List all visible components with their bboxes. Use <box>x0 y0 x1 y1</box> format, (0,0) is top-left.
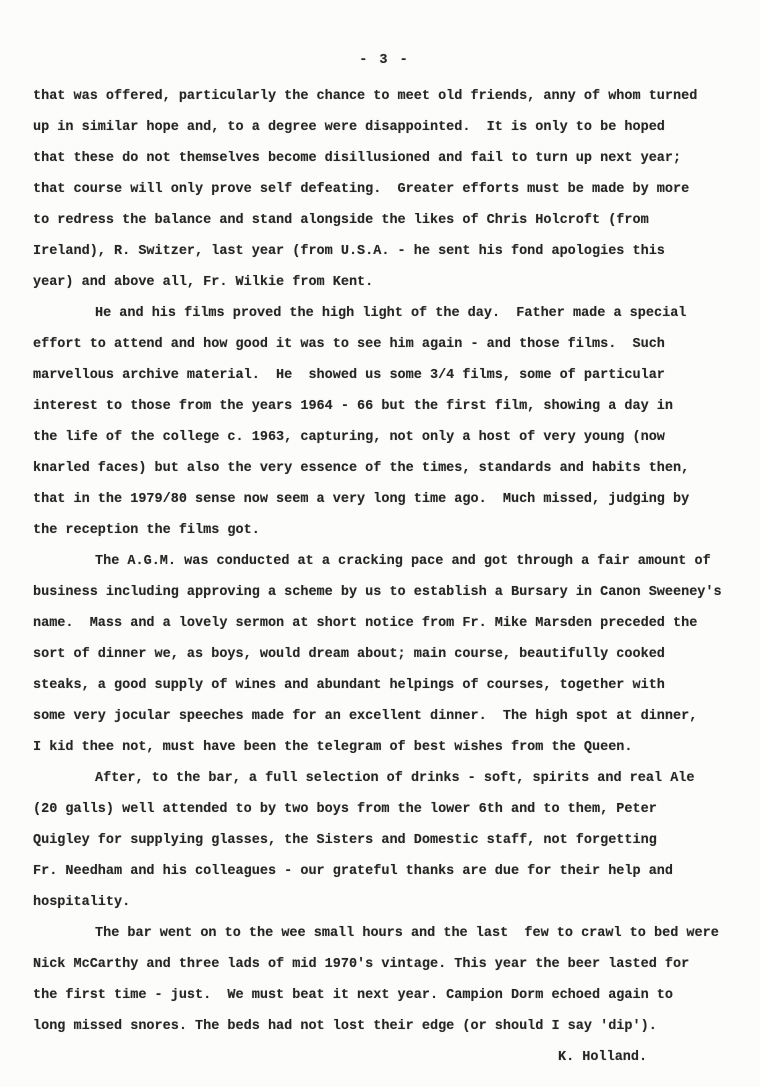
text-line: that in the 1979/80 sense now seem a ver… <box>33 484 736 515</box>
paragraph: The bar went on to the wee small hours a… <box>33 918 736 1042</box>
text-line: After, to the bar, a full selection of d… <box>33 763 736 794</box>
text-line: business including approving a scheme by… <box>33 577 736 608</box>
text-line: name. Mass and a lovely sermon at short … <box>33 608 736 639</box>
text-line: the reception the films got. <box>33 515 736 546</box>
paragraph: He and his films proved the high light o… <box>33 298 736 546</box>
text-line: that these do not themselves become disi… <box>33 143 736 174</box>
paragraph: After, to the bar, a full selection of d… <box>33 763 736 918</box>
paragraph: The A.G.M. was conducted at a cracking p… <box>33 546 736 763</box>
text-line: effort to attend and how good it was to … <box>33 329 736 360</box>
text-line: to redress the balance and stand alongsi… <box>33 205 736 236</box>
text-line: that was offered, particularly the chanc… <box>33 81 736 112</box>
text-line: I kid thee not, must have been the teleg… <box>33 732 736 763</box>
text-line: the first time - just. We must beat it n… <box>33 980 736 1011</box>
text-line: interest to those from the years 1964 - … <box>33 391 736 422</box>
text-line: steaks, a good supply of wines and abund… <box>33 670 736 701</box>
text-line: up in similar hope and, to a degree were… <box>33 112 736 143</box>
text-line: some very jocular speeches made for an e… <box>33 701 736 732</box>
text-line: sort of dinner we, as boys, would dream … <box>33 639 736 670</box>
text-line: The A.G.M. was conducted at a cracking p… <box>33 546 736 577</box>
text-line: Fr. Needham and his colleagues - our gra… <box>33 856 736 887</box>
text-line: knarled faces) but also the very essence… <box>33 453 736 484</box>
text-line: Quigley for supplying glasses, the Siste… <box>33 825 736 856</box>
document-page: - 3 - that was offered, particularly the… <box>0 0 760 1087</box>
text-line: (20 galls) well attended to by two boys … <box>33 794 736 825</box>
text-line: the life of the college c. 1963, capturi… <box>33 422 736 453</box>
text-line: hospitality. <box>33 887 736 918</box>
text-line: year) and above all, Fr. Wilkie from Ken… <box>33 267 736 298</box>
page-number: - 3 - <box>33 46 736 76</box>
text-line: long missed snores. The beds had not los… <box>33 1011 736 1042</box>
paragraph: that was offered, particularly the chanc… <box>33 81 736 298</box>
text-line: He and his films proved the high light o… <box>33 298 736 329</box>
text-line: Nick McCarthy and three lads of mid 1970… <box>33 949 736 980</box>
text-line: marvellous archive material. He showed u… <box>33 360 736 391</box>
document-body: that was offered, particularly the chanc… <box>33 81 736 1042</box>
text-line: that course will only prove self defeati… <box>33 174 736 205</box>
signature: K. Holland. <box>558 1042 736 1073</box>
text-line: The bar went on to the wee small hours a… <box>33 918 736 949</box>
text-line: Ireland), R. Switzer, last year (from U.… <box>33 236 736 267</box>
